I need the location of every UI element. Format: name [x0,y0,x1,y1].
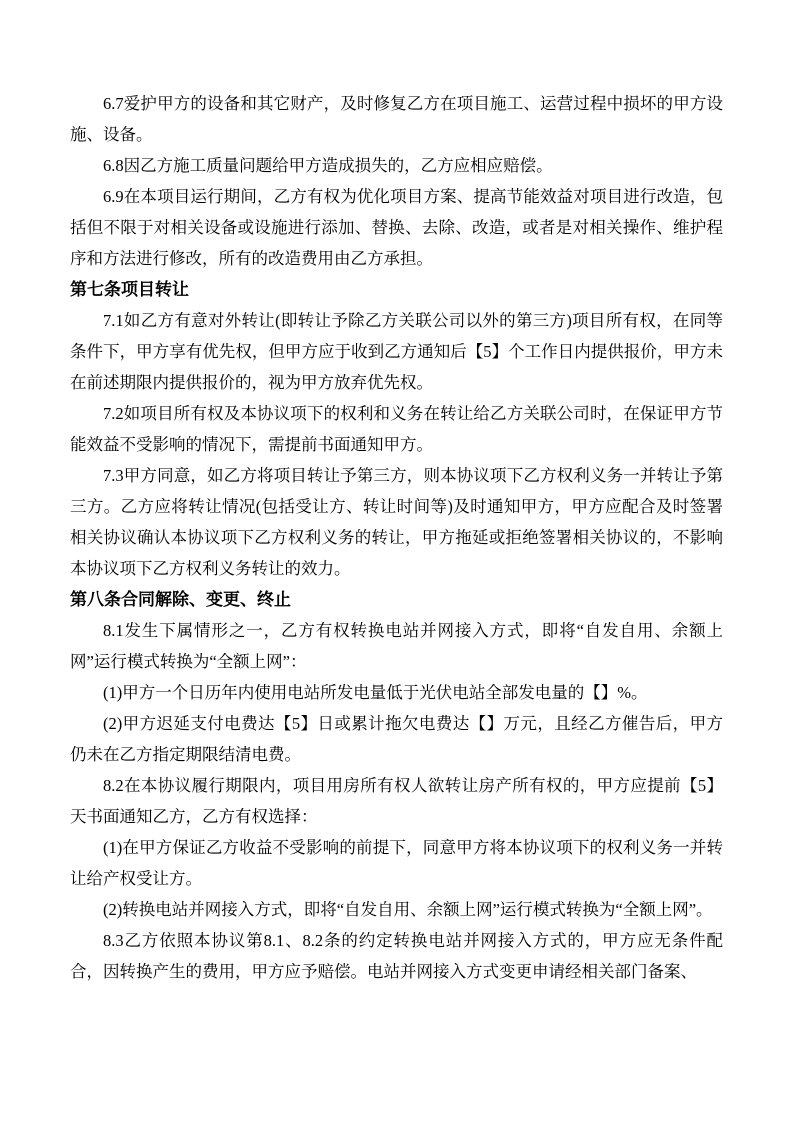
para-7-3: 7.3甲方同意，如乙方将项目转让予第三方，则本协议项下乙方权利义务一并转让予第三… [70,460,723,584]
para-8-2: 8.2在本协议履行期限内，项目用房所有权人欲转让房产所有权的，甲方应提前【5】天… [70,770,723,832]
para-7-2: 7.2如项目所有权及本协议项下的权利和义务在转让给乙方关联公司时，在保证甲方节能… [70,398,723,460]
para-8-2-item-2: (2)转换电站并网接入方式，即将“自发自用、余额上网”运行模式转换为“全额上网”… [70,894,723,925]
para-6-9: 6.9在本项目运行期间，乙方有权为优化项目方案、提高节能效益对项目进行改造，包括… [70,181,723,274]
para-8-1-item-1: (1)甲方一个日历年内使用电站所发电量低于光伏电站全部发电量的【】%。 [70,677,723,708]
para-7-1: 7.1如乙方有意对外转让(即转让予除乙方关联公司以外的第三方)项目所有权，在同等… [70,305,723,398]
para-8-3: 8.3乙方依照本协议第8.1、8.2条的约定转换电站并网接入方式的，甲方应无条件… [70,925,723,987]
para-8-2-item-1: (1)在甲方保证乙方收益不受影响的前提下，同意甲方将本协议项下的权利义务一并转让… [70,832,723,894]
para-6-7: 6.7爱护甲方的设备和其它财产，及时修复乙方在项目施工、运营过程中损坏的甲方设施… [70,88,723,150]
para-8-1: 8.1发生下属情形之一，乙方有权转换电站并网接入方式，即将“自发自用、余额上网”… [70,615,723,677]
para-8-1-item-2: (2)甲方迟延支付电费达【5】日或累计拖欠电费达【】万元，且经乙方催告后，甲方仍… [70,708,723,770]
heading-article-8: 第八条合同解除、变更、终止 [70,584,723,615]
heading-article-7: 第七条项目转让 [70,274,723,305]
para-6-8: 6.8因乙方施工质量问题给甲方造成损失的，乙方应相应赔偿。 [70,150,723,181]
contract-document-page: 6.7爱护甲方的设备和其它财产，及时修复乙方在项目施工、运营过程中损坏的甲方设施… [0,0,793,1122]
